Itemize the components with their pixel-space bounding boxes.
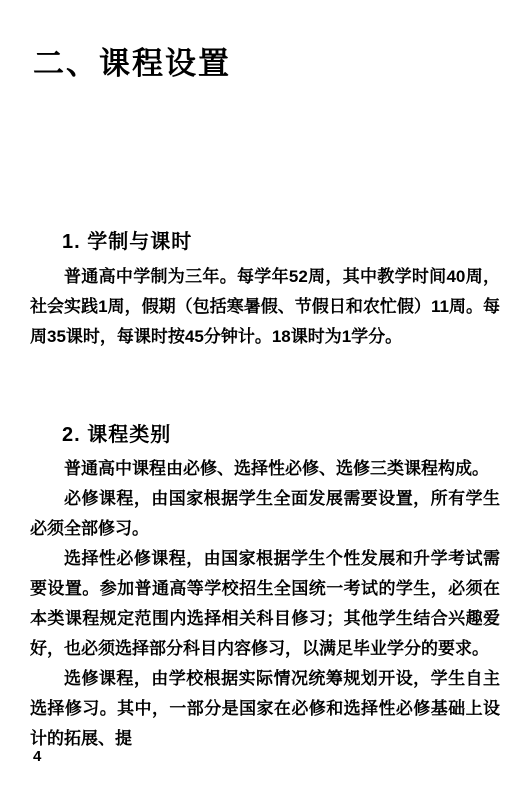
paragraph: 普通高中课程由必修、选择性必修、选修三类课程构成。 xyxy=(30,454,500,484)
paragraph: 必修课程，由国家根据学生全面发展需要设置，所有学生必须全部修习。 xyxy=(30,484,500,544)
section-1-body: 普通高中学制为三年。每学年52周，其中教学时间40周，社会实践1周，假期（包括寒… xyxy=(30,262,500,352)
paragraph: 选择性必修课程，由国家根据学生个性发展和升学考试需要设置。参加普通高等学校招生全… xyxy=(30,544,500,664)
section-2-body: 普通高中课程由必修、选择性必修、选修三类课程构成。 必修课程，由国家根据学生全面… xyxy=(30,454,500,754)
section-2-heading: 2. 课程类别 xyxy=(62,418,171,447)
section-1-heading: 1. 学制与课时 xyxy=(62,225,192,254)
page-title: 二、课程设置 xyxy=(33,45,231,82)
page-number: 4 xyxy=(33,748,41,765)
paragraph: 普通高中学制为三年。每学年52周，其中教学时间40周，社会实践1周，假期（包括寒… xyxy=(30,262,500,352)
document-page: 二、课程设置 1. 学制与课时 普通高中学制为三年。每学年52周，其中教学时间4… xyxy=(0,0,529,793)
paragraph: 选修课程，由学校根据实际情况统筹规划开设，学生自主选择修习。其中，一部分是国家在… xyxy=(30,664,500,754)
